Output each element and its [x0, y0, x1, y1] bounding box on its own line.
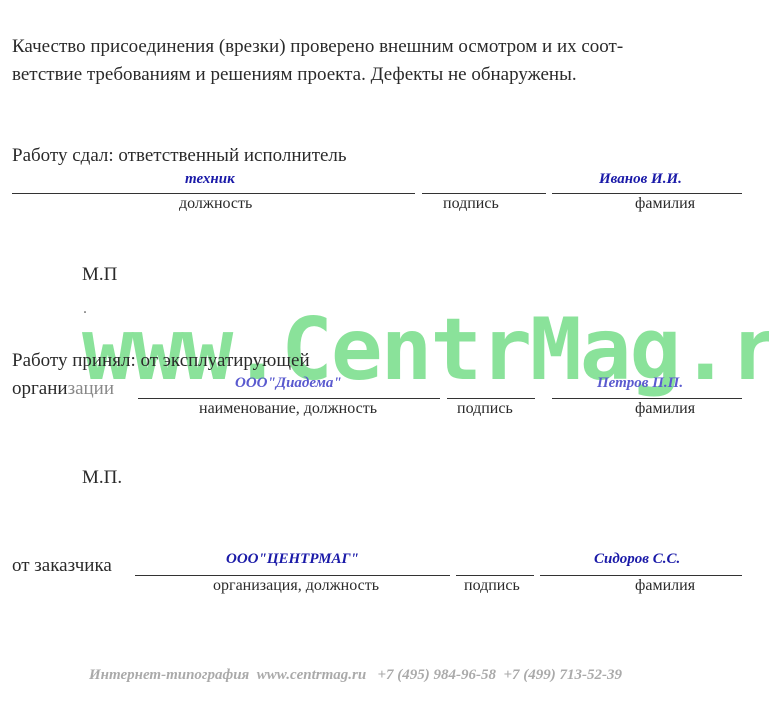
caption-surname: фамилия	[635, 577, 695, 595]
accepted-heading-line-1: Работу принял: от эксплуатирующей	[12, 350, 310, 372]
stamp-dot: .	[83, 300, 87, 318]
caption-org: наименование, должность	[199, 400, 377, 418]
intro-line-2: ветствие требованиям и решениям проекта.…	[12, 64, 577, 86]
org-line	[135, 575, 450, 576]
surname-line	[552, 193, 742, 194]
caption-signature: подпись	[464, 577, 520, 595]
caption-org: организация, должность	[213, 577, 379, 595]
signature-line	[456, 575, 534, 576]
caption-surname: фамилия	[635, 400, 695, 418]
handed-over-surname-value: Иванов И.И.	[599, 171, 682, 188]
footer-contacts: Интернет-типография www.centrmag.ru +7 (…	[89, 667, 622, 684]
surname-line	[552, 398, 742, 399]
caption-surname: фамилия	[635, 195, 695, 213]
handed-over-position-value: техник	[185, 171, 235, 188]
signature-line	[447, 398, 535, 399]
customer-label: от заказчика	[12, 555, 112, 577]
caption-signature: подпись	[443, 195, 499, 213]
accepted-heading-light: зации	[68, 378, 114, 399]
position-line	[12, 193, 415, 194]
customer-surname-value: Сидоров С.С.	[594, 551, 680, 568]
caption-position: должность	[179, 195, 252, 213]
caption-signature: подпись	[457, 400, 513, 418]
org-line	[138, 398, 440, 399]
signature-line	[422, 193, 546, 194]
accepted-org-value: ООО"Диадема"	[235, 375, 342, 392]
surname-line	[540, 575, 742, 576]
stamp-mark-2: М.П.	[82, 467, 122, 489]
intro-line-1: Качество присоединения (врезки) проверен…	[12, 36, 623, 58]
handed-over-heading: Работу сдал: ответственный исполнитель	[12, 145, 347, 167]
accepted-heading-line-2: организации	[12, 378, 114, 400]
accepted-surname-value: Петров П.П.	[597, 375, 683, 392]
accepted-heading-dark: органи	[12, 378, 68, 399]
customer-org-value: ООО"ЦЕНТРМАГ"	[226, 551, 359, 568]
stamp-mark-1: М.П	[82, 264, 117, 286]
